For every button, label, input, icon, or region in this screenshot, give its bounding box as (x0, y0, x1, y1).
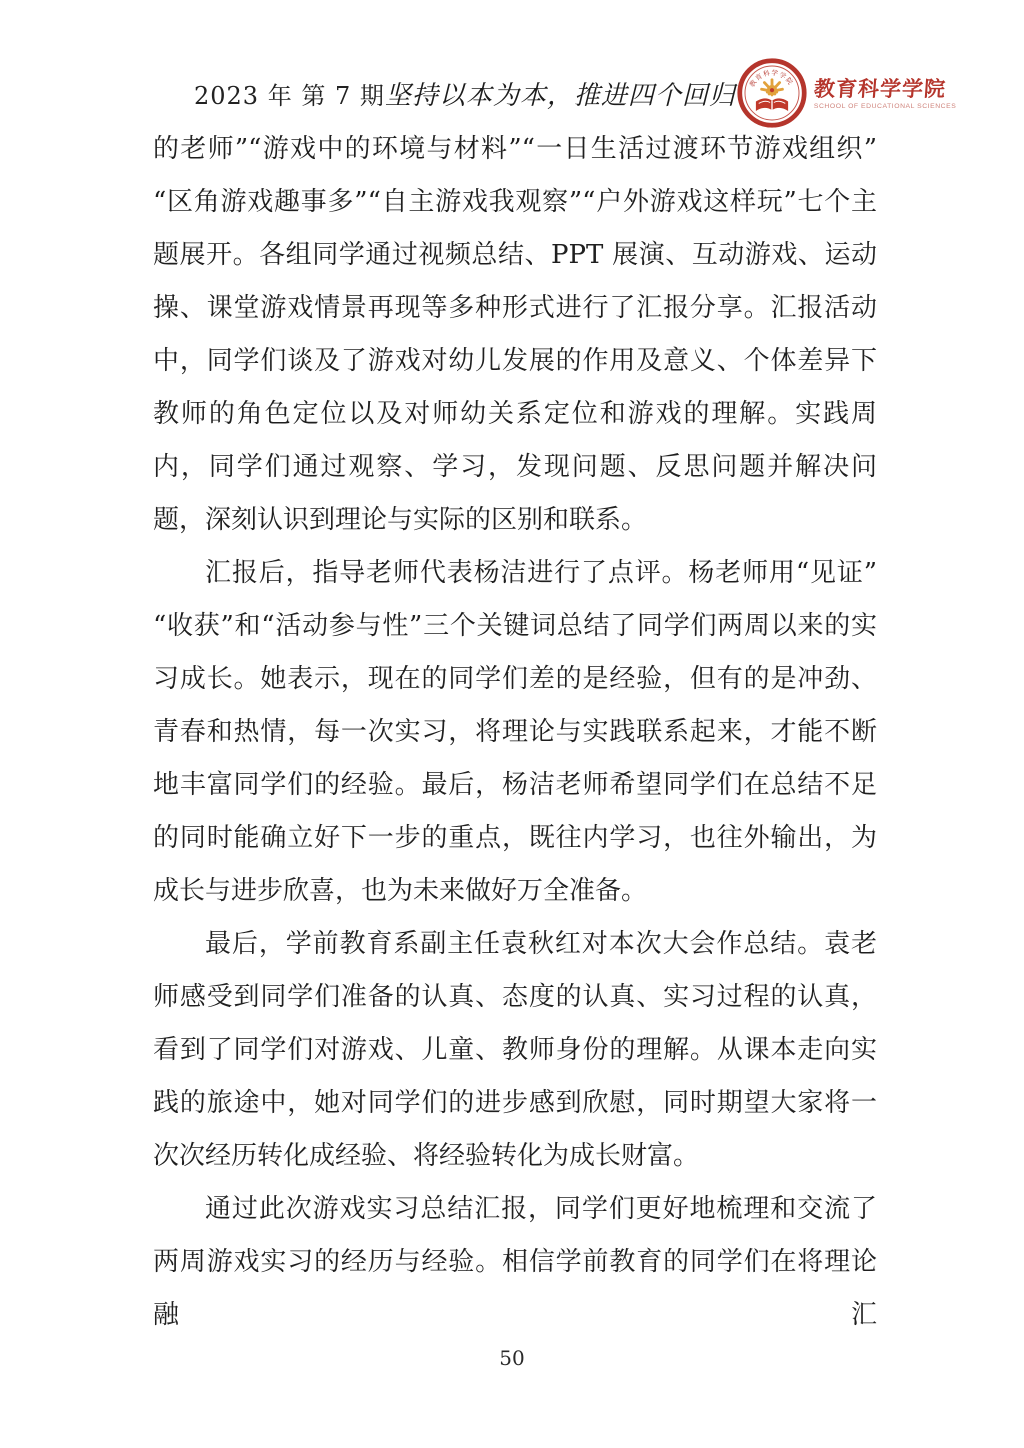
header-motto: 坚持以本为本，推进四个回归 (385, 75, 736, 112)
issue-label: 2023 年 第 7 期 (194, 76, 385, 111)
school-seal-icon: 教育科学学院 (736, 57, 808, 129)
logo-text-block: 教育科学学院 SCHOOL OF EDUCATIONAL SCIENCES (814, 77, 956, 110)
school-logo: 教育科学学院 (736, 57, 956, 129)
page-footer: 50 (0, 1346, 1024, 1370)
paragraph: 最后，学前教育系副主任袁秋红对本次大会作总结。袁老师感受到同学们准备的认真、态度… (153, 918, 877, 1183)
paragraph: 的老师”“游戏中的环境与材料”“一日生活过渡环节游戏组织”“区角游戏趣事多”“自… (153, 123, 877, 547)
school-name-english: SCHOOL OF EDUCATIONAL SCIENCES (814, 103, 956, 110)
document-page: 2023 年 第 7 期 坚持以本为本，推进四个回归 教育科学学院 (0, 0, 1024, 1448)
page-header: 2023 年 第 7 期 坚持以本为本，推进四个回归 教育科学学院 (152, 56, 906, 130)
paragraph: 通过此次游戏实习总结汇报，同学们更好地梳理和交流了两周游戏实习的经历与经验。相信… (153, 1183, 877, 1342)
paragraph: 汇报后，指导老师代表杨洁进行了点评。杨老师用“见证”“收获”和“活动参与性”三个… (153, 547, 877, 918)
page-number: 50 (499, 1346, 524, 1370)
school-name: 教育科学学院 (813, 77, 957, 101)
document-body: 的老师”“游戏中的环境与材料”“一日生活过渡环节游戏组织”“区角游戏趣事多”“自… (153, 123, 877, 1342)
